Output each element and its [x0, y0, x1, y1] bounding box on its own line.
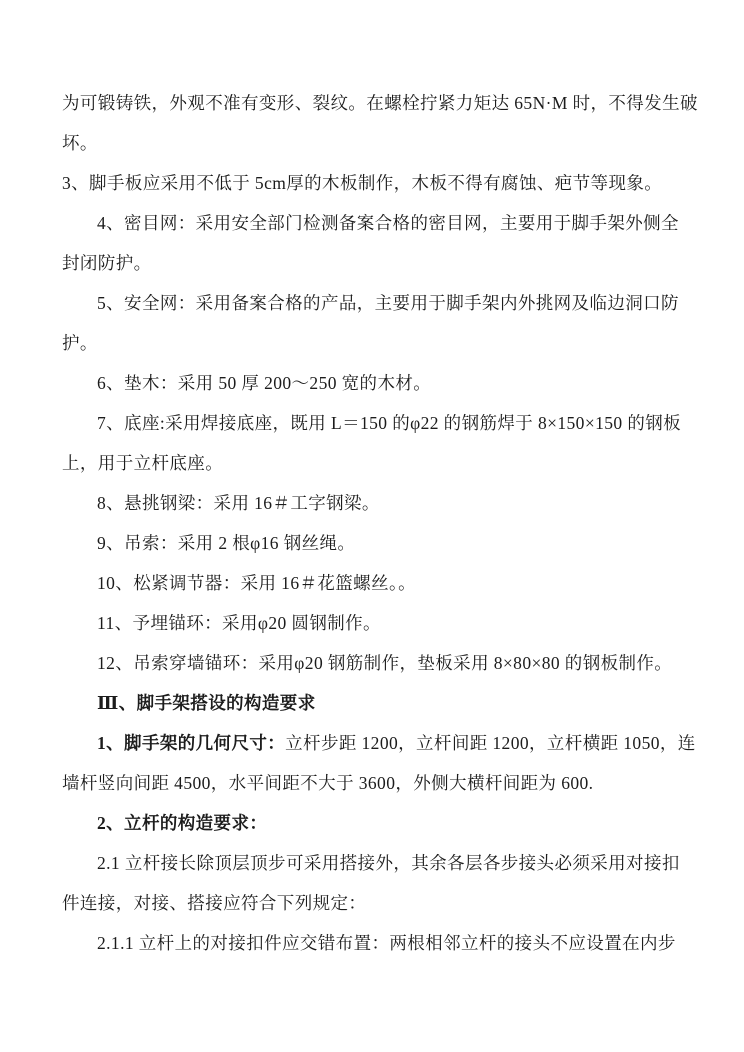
text-run: 护。 — [62, 333, 98, 353]
text-line: 为可锻铸铁，外观不准有变形、裂纹。在螺栓拧紧力矩达 65N·M 时，不得发生破 — [62, 83, 688, 123]
text-line: 9、吊索：采用 2 根φ16 钢丝绳。 — [62, 523, 688, 563]
text-line: 墙杆竖向间距 4500，水平间距不大于 3600，外侧大横杆间距为 600. — [62, 763, 688, 803]
text-line: 10、松紧调节器：采用 16＃花篮螺丝。。 — [62, 563, 688, 603]
text-line: 4、密目网：采用安全部门检测备案合格的密目网，主要用于脚手架外侧全 — [62, 203, 688, 243]
text-line: 7、底座:采用焊接底座，既用 L＝150 的φ22 的钢筋焊于 8×150×15… — [62, 403, 688, 443]
text-run: 4、密目网：采用安全部门检测备案合格的密目网，主要用于脚手架外侧全 — [97, 213, 679, 233]
text-line: 封闭防护。 — [62, 243, 688, 283]
text-run: 2.1.1 立杆上的对接扣件应交错布置：两根相邻立杆的接头不应设置在内步 — [97, 933, 676, 953]
text-run: 9、吊索：采用 2 根φ16 钢丝绳。 — [97, 533, 355, 553]
text-run: 6、垫木：采用 50 厚 200～250 宽的木材。 — [97, 373, 431, 393]
text-run: 10、松紧调节器：采用 16＃花篮螺丝。。 — [97, 573, 416, 593]
text-run: 立杆步距 1200，立杆间距 1200，立杆横距 1050，连 — [285, 733, 696, 753]
text-line: Ⅲ、脚手架搭设的构造要求 — [62, 683, 688, 723]
text-run: 12、吊索穿墙锚环：采用φ20 钢筋制作，垫板采用 8×80×80 的钢板制作。 — [97, 653, 672, 673]
text-line: 1、脚手架的几何尺寸：立杆步距 1200，立杆间距 1200，立杆横距 1050… — [62, 723, 688, 763]
text-line: 8、悬挑钢梁：采用 16＃工字钢梁。 — [62, 483, 688, 523]
text-line: 6、垫木：采用 50 厚 200～250 宽的木材。 — [62, 363, 688, 403]
text-run: 3、脚手板应采用不低于 5cm厚的木板制作，木板不得有腐蚀、疤节等现象。 — [62, 173, 662, 193]
text-run-bold: Ⅲ、脚手架搭设的构造要求 — [97, 693, 316, 713]
text-run-bold: 2、立杆的构造要求： — [97, 813, 267, 833]
text-run: 8、悬挑钢梁：采用 16＃工字钢梁。 — [97, 493, 380, 513]
text-line: 护。 — [62, 323, 688, 363]
text-run: 为可锻铸铁，外观不准有变形、裂纹。在螺栓拧紧力矩达 65N·M 时，不得发生破 — [62, 93, 698, 113]
text-line: 件连接，对接、搭接应符合下列规定： — [62, 883, 688, 923]
text-line: 3、脚手板应采用不低于 5cm厚的木板制作，木板不得有腐蚀、疤节等现象。 — [62, 163, 688, 203]
text-run: 件连接，对接、搭接应符合下列规定： — [62, 893, 366, 913]
text-line: 11、予埋锚环：采用φ20 圆钢制作。 — [62, 603, 688, 643]
text-run: 2.1 立杆接长除顶层顶步可采用搭接外，其余各层各步接头必须采用对接扣 — [97, 853, 680, 873]
text-run-bold: 1、脚手架的几何尺寸： — [97, 733, 285, 753]
text-run: 5、安全网：采用备案合格的产品，主要用于脚手架内外挑网及临边洞口防 — [97, 293, 679, 313]
text-line: 5、安全网：采用备案合格的产品，主要用于脚手架内外挑网及临边洞口防 — [62, 283, 688, 323]
text-run: 封闭防护。 — [62, 253, 152, 273]
document-body: 为可锻铸铁，外观不准有变形、裂纹。在螺栓拧紧力矩达 65N·M 时，不得发生破坏… — [62, 83, 688, 963]
text-run: 上，用于立杆底座。 — [62, 453, 223, 473]
text-line: 上，用于立杆底座。 — [62, 443, 688, 483]
text-line: 12、吊索穿墙锚环：采用φ20 钢筋制作，垫板采用 8×80×80 的钢板制作。 — [62, 643, 688, 683]
text-run: 坏。 — [62, 133, 98, 153]
text-line: 2、立杆的构造要求： — [62, 803, 688, 843]
text-run: 墙杆竖向间距 4500，水平间距不大于 3600，外侧大横杆间距为 600. — [62, 773, 593, 793]
text-line: 2.1 立杆接长除顶层顶步可采用搭接外，其余各层各步接头必须采用对接扣 — [62, 843, 688, 883]
text-line: 2.1.1 立杆上的对接扣件应交错布置：两根相邻立杆的接头不应设置在内步 — [62, 923, 688, 963]
text-run: 11、予埋锚环：采用φ20 圆钢制作。 — [97, 613, 381, 633]
text-line: 坏。 — [62, 123, 688, 163]
document-page: 为可锻铸铁，外观不准有变形、裂纹。在螺栓拧紧力矩达 65N·M 时，不得发生破坏… — [0, 0, 744, 1052]
text-run: 7、底座:采用焊接底座，既用 L＝150 的φ22 的钢筋焊于 8×150×15… — [97, 413, 681, 433]
